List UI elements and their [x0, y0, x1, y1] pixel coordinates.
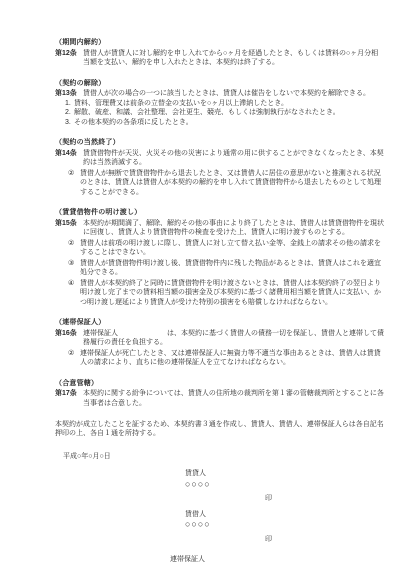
subclause-number: ④: [68, 279, 80, 308]
item-text: その他本契約の各条項に反したとき。: [74, 118, 384, 128]
article-13: 第13条 賃借人が次の場合の一つに該当したときは、賃貸人は催告をしないで本契約を…: [55, 89, 384, 99]
signature-name-placeholder: ○○○○: [185, 479, 384, 490]
article-13-items: 1. 賃料、管理費又は前条の立替金の支払いを○ヶ月以上滞納したとき。 2. 解散…: [55, 99, 384, 128]
section-cancellation: （契約の解除） 第13条 賃借人が次の場合の一つに該当したときは、賃貸人は催告を…: [55, 79, 384, 128]
article-16-number: 第16条: [55, 329, 83, 348]
closing-clause: 本契約が成立したことを証するため、本契約書３通を作成し、賃貸人、賃借人、連帯保証…: [55, 420, 384, 439]
subclause-text: 賃借人が本契約終了と同時に賃貸借物件を明け渡さないときは、賃借人は本契約終了の翌…: [80, 279, 384, 308]
section-heading: （契約の解除）: [55, 79, 384, 89]
subclause-text: 連帯保証人が死亡したとき、又は連帯保証人に無資力等不適当な事由あるときは、賃借人…: [80, 349, 384, 368]
subclause: ④ 賃借人が本契約終了と同時に賃貸借物件を明け渡さないときは、賃借人は本契約終了…: [55, 279, 384, 308]
list-item: 3. その他本契約の各条項に反したとき。: [65, 118, 384, 128]
signature-area: 賃貸人 ○○○○ 印 賃借人 ○○○○ 印 連帯保証人: [55, 469, 384, 564]
article-12-text: 賃借人が賃貸人に対し解約を申し入れてから○ヶ月を経過したとき、もしくは賃料の○ヶ…: [83, 49, 384, 68]
signature-role-label: 賃借人: [185, 510, 384, 520]
subclause-number: ②: [68, 169, 80, 198]
article-17-number: 第17条: [55, 389, 83, 408]
subclause-text: 賃借人は前項の明け渡しに際し、賃貸人に対し立て替え払い金等、金銭上の請求その他の…: [80, 239, 384, 258]
section-heading: （期間内解約）: [55, 38, 384, 48]
subclause: ② 連帯保証人が死亡したとき、又は連帯保証人に無資力等不適当な事由あるときは、賃…: [55, 349, 384, 368]
article-14: 第14条 賃貸借物件が天災、火災その他の災害により通常の用に供することができなく…: [55, 149, 384, 168]
article-15-number: 第15条: [55, 219, 83, 238]
signature-lessor: 賃貸人 ○○○○ 印: [185, 469, 384, 504]
section-heading: （賃貸借物件の明け渡し）: [55, 208, 384, 218]
subclause-text: 賃借人が無断で賃貸借物件から退去したとき、又は賃借人に居住の意思がないと推測され…: [80, 169, 384, 198]
signature-guarantor-label: 連帯保証人: [170, 555, 384, 565]
subclause: ② 賃借人は前項の明け渡しに際し、賃貸人に対し立て替え払い金等、金銭上の請求その…: [55, 239, 384, 258]
subclause: ② 賃借人が無断で賃貸借物件から退去したとき、又は賃借人に居住の意思がないと推測…: [55, 169, 384, 198]
section-jurisdiction: （合意管轄） 第17条 本契約に関する紛争については、賃貸人の住所地の裁判所を第…: [55, 379, 384, 409]
seal-mark: 印: [265, 535, 384, 545]
section-heading: （合意管轄）: [55, 379, 384, 389]
section-surrender-of-premises: （賃貸借物件の明け渡し） 第15条 本契約が期間満了、解除、解約その他の事由によ…: [55, 208, 384, 307]
subclause-number: ②: [68, 349, 80, 368]
list-item: 2. 解散、破産、和議、会社整理、会社更生、競売、もしくは強制執行がなされたとき…: [65, 108, 384, 118]
article-12: 第12条 賃借人が賃貸人に対し解約を申し入れてから○ヶ月を経過したとき、もしくは…: [55, 49, 384, 68]
list-item: 1. 賃料、管理費又は前条の立替金の支払いを○ヶ月以上滞納したとき。: [65, 99, 384, 109]
article-14-number: 第14条: [55, 149, 83, 168]
signature-role-label: 賃貸人: [185, 469, 384, 479]
article-16-text: 連帯保証人 は、本契約に基づく賃借人の債務一切を保証し、賃借人と連帯して債務履行…: [83, 329, 384, 348]
seal-mark: 印: [265, 494, 384, 504]
lease-contract-page: （期間内解約） 第12条 賃借人が賃貸人に対し解約を申し入れてから○ヶ月を経過し…: [0, 0, 410, 580]
subclause: ③ 賃借人が賃貸借物件明け渡し後、賃貸借物件内に残した物品があるときは、賃貸人は…: [55, 259, 384, 278]
subclause-number: ③: [68, 259, 80, 278]
item-text: 賃料、管理費又は前条の立替金の支払いを○ヶ月以上滞納したとき。: [74, 99, 384, 109]
item-number: 1.: [65, 99, 74, 109]
section-heading: （契約の当然終了）: [55, 138, 384, 148]
article-12-number: 第12条: [55, 49, 83, 68]
article-17: 第17条 本契約に関する紛争については、賃貸人の住所地の裁判所を第１審の管轄裁判…: [55, 389, 384, 408]
item-number: 3.: [65, 118, 74, 128]
subclause-text: 賃借人が賃貸借物件明け渡し後、賃貸借物件内に残した物品があるときは、賃貸人はこれ…: [80, 259, 384, 278]
signature-name-placeholder: ○○○○: [185, 519, 384, 530]
contract-date: 平成○年○月○日: [63, 452, 384, 462]
article-13-text: 賃借人が次の場合の一つに該当したときは、賃貸人は催告をしないで本契約を解除できる…: [83, 89, 384, 99]
section-automatic-termination: （契約の当然終了） 第14条 賃貸借物件が天災、火災その他の災害により通常の用に…: [55, 138, 384, 197]
section-joint-guarantor: （連帯保証人） 第16条 連帯保証人 は、本契約に基づく賃借人の債務一切を保証し…: [55, 318, 384, 368]
section-heading: （連帯保証人）: [55, 318, 384, 328]
article-15: 第15条 本契約が期間満了、解除、解約その他の事由により終了したときは、賃借人は…: [55, 219, 384, 238]
item-number: 2.: [65, 108, 74, 118]
signature-lessee: 賃借人 ○○○○ 印: [185, 510, 384, 545]
article-15-text: 本契約が期間満了、解除、解約その他の事由により終了したときは、賃借人は賃貸借物件…: [83, 219, 384, 238]
article-16: 第16条 連帯保証人 は、本契約に基づく賃借人の債務一切を保証し、賃借人と連帯し…: [55, 329, 384, 348]
article-13-number: 第13条: [55, 89, 83, 99]
section-early-termination: （期間内解約） 第12条 賃借人が賃貸人に対し解約を申し入れてから○ヶ月を経過し…: [55, 38, 384, 68]
subclause-number: ②: [68, 239, 80, 258]
article-14-text: 賃貸借物件が天災、火災その他の災害により通常の用に供することができなくなったとき…: [83, 149, 384, 168]
article-17-text: 本契約に関する紛争については、賃貸人の住所地の裁判所を第１審の管轄裁判所とするこ…: [83, 389, 384, 408]
item-text: 解散、破産、和議、会社整理、会社更生、競売、もしくは強制執行がなされたとき。: [74, 108, 384, 118]
